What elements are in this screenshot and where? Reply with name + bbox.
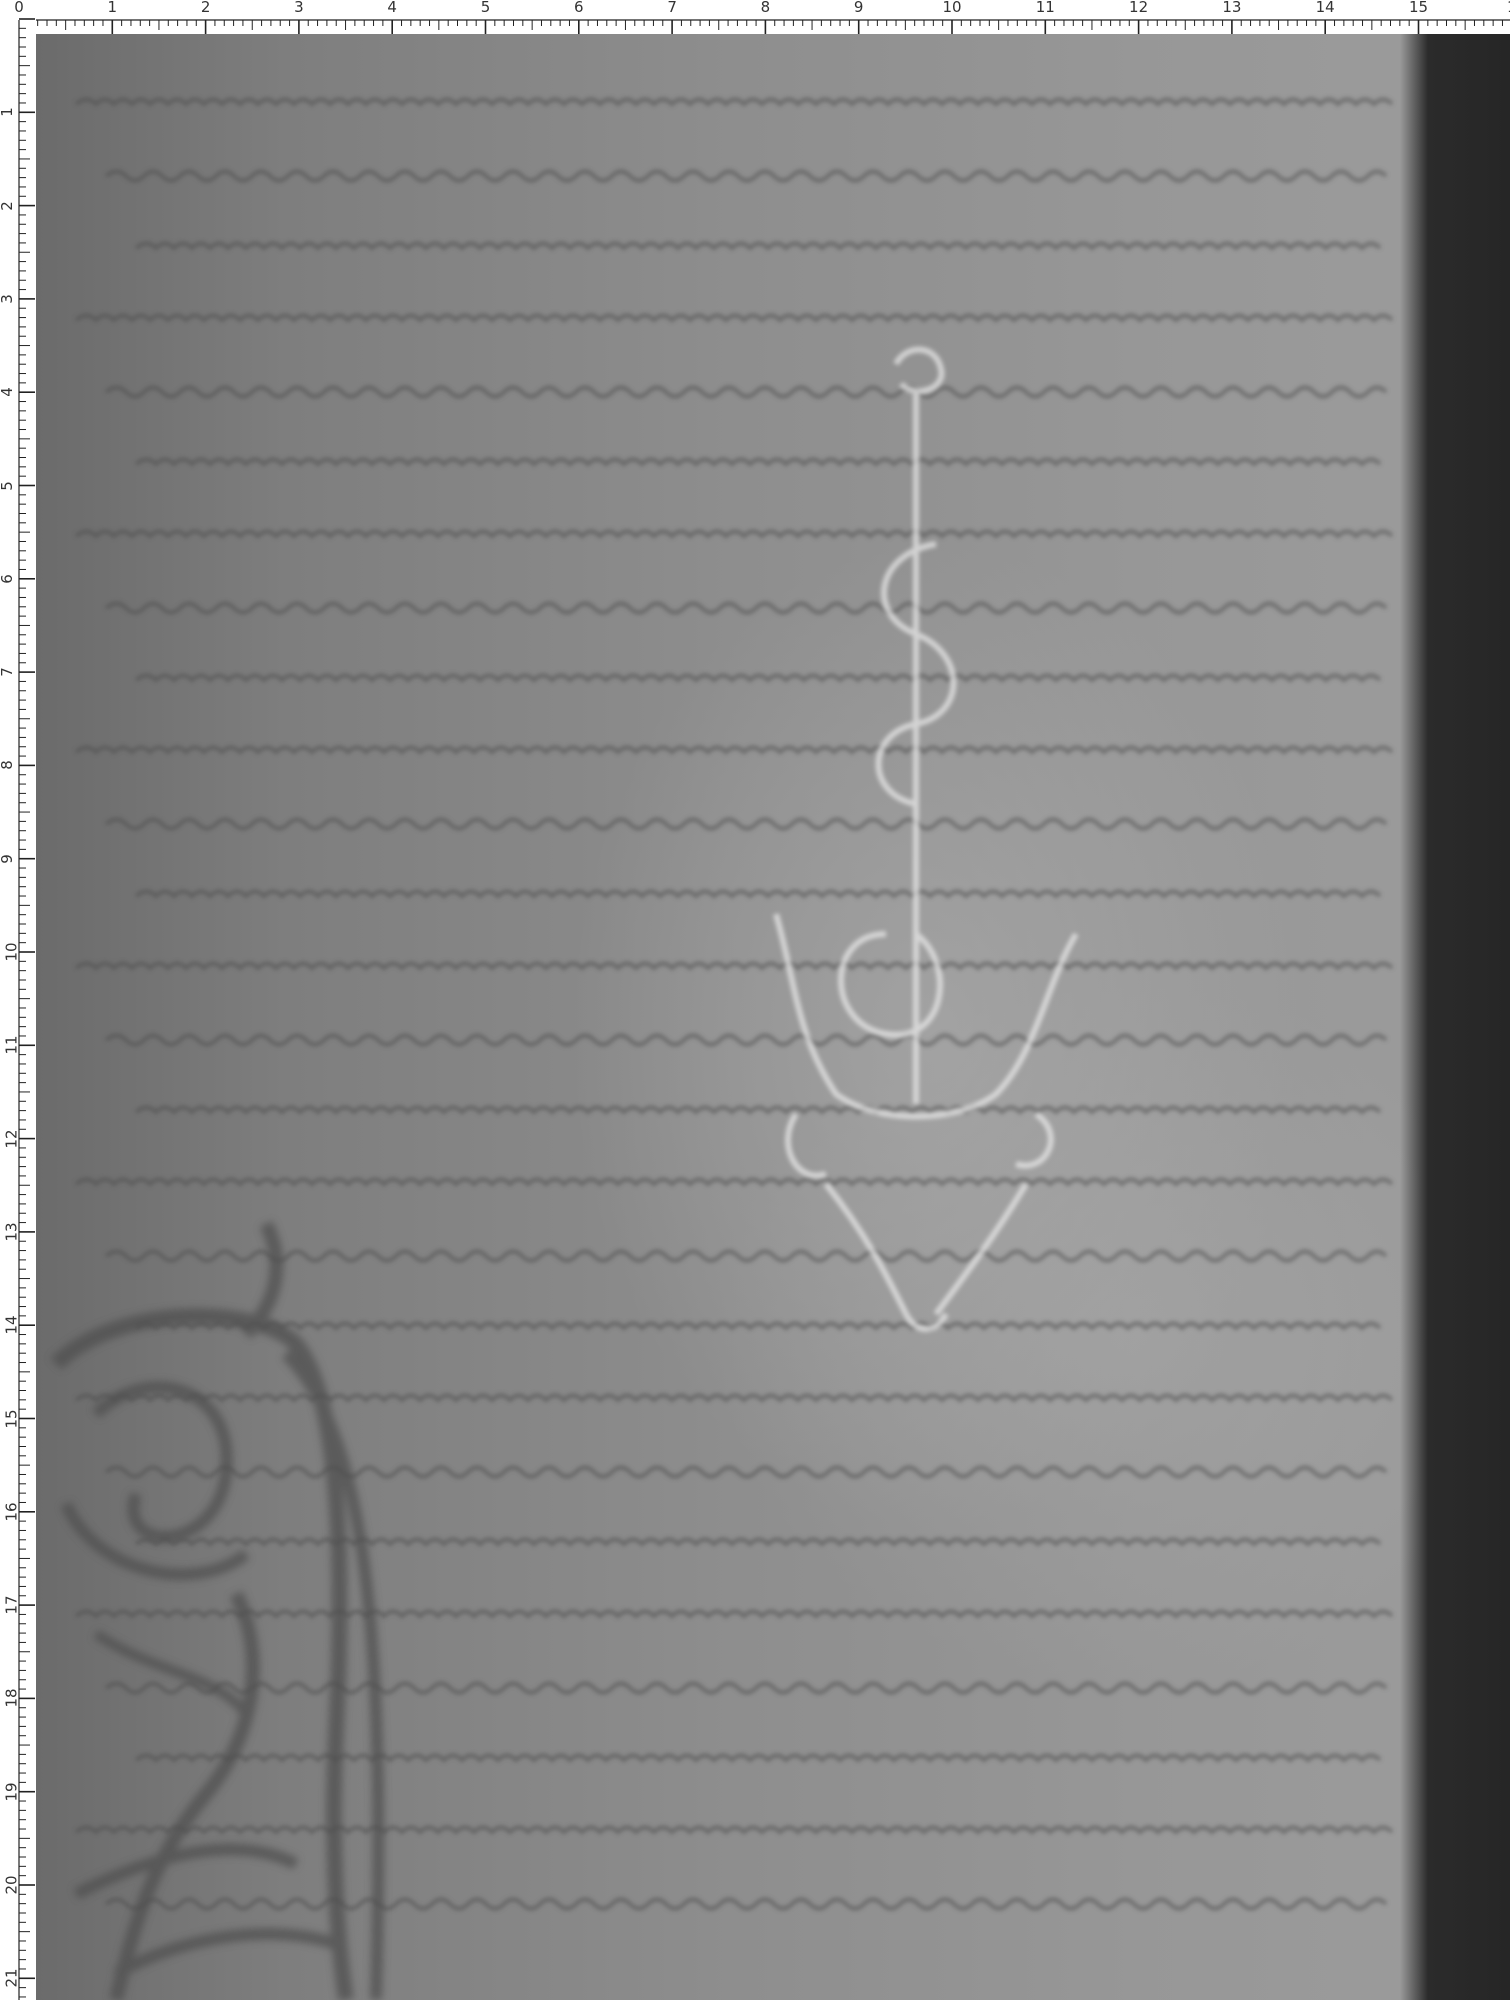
- left-ruler-label: 6: [0, 574, 15, 584]
- left-ruler-label: 10: [4, 942, 20, 961]
- handwriting-line: [136, 460, 1380, 465]
- handwriting-line: [106, 1684, 1386, 1693]
- top-ruler-label: 10: [942, 0, 961, 15]
- left-ruler-label: 5: [0, 481, 15, 491]
- left-ruler-label: 18: [4, 1689, 20, 1708]
- handwriting-line: [136, 1324, 1380, 1329]
- handwriting-line: [136, 892, 1380, 897]
- top-ruler-label: 15: [1409, 0, 1428, 15]
- handwriting-line: [106, 604, 1386, 613]
- handwriting-line: [76, 100, 1392, 105]
- handwriting-line: [76, 964, 1392, 969]
- handwriting-line: [136, 676, 1380, 681]
- handwriting-line: [106, 1900, 1386, 1909]
- left-ruler-label: 4: [0, 387, 15, 397]
- left-ruler-label: 21: [4, 1969, 20, 1988]
- top-ruler-label: 11: [1036, 0, 1055, 15]
- handwriting-line: [76, 1612, 1392, 1617]
- top-ruler-label: 6: [574, 0, 584, 15]
- left-ruler-label: 17: [4, 1596, 20, 1615]
- top-ruler-label: 0: [14, 0, 24, 15]
- left-ruler-label: 13: [4, 1222, 20, 1241]
- left-ruler-label: 3: [0, 294, 15, 304]
- top-ruler-ticks: [0, 0, 1510, 34]
- top-ruler-label: 14: [1316, 0, 1335, 15]
- left-ruler-label: 14: [4, 1316, 20, 1335]
- handwriting-line: [76, 1180, 1392, 1185]
- left-ruler-label: 2: [0, 201, 15, 211]
- handwriting-line: [76, 532, 1392, 537]
- manuscript-scan: [36, 34, 1510, 2000]
- handwriting-line: [76, 748, 1392, 753]
- top-ruler-label: 1: [108, 0, 118, 15]
- left-ruler-label: 16: [4, 1502, 20, 1521]
- handwriting-line: [106, 1468, 1386, 1477]
- top-ruler-label: 9: [854, 0, 864, 15]
- handwriting-line: [76, 1396, 1392, 1401]
- handwriting-layer: [36, 34, 1510, 2000]
- top-ruler-label: 8: [761, 0, 771, 15]
- handwriting-line: [106, 820, 1386, 829]
- handwriting-line: [136, 1108, 1380, 1113]
- handwriting-line: [106, 1252, 1386, 1261]
- top-ruler-label: 2: [201, 0, 211, 15]
- handwriting-line: [106, 1036, 1386, 1045]
- left-ruler-label: 7: [0, 667, 15, 677]
- handwriting-line: [136, 1756, 1380, 1761]
- handwriting-line: [136, 1540, 1380, 1545]
- top-ruler-label: 13: [1222, 0, 1241, 15]
- left-ruler-label: 15: [4, 1409, 20, 1428]
- left-ruler-label: 8: [0, 761, 15, 771]
- handwriting-line: [76, 1828, 1392, 1833]
- left-ruler-label: 11: [4, 1036, 20, 1055]
- top-ruler: [0, 0, 1510, 34]
- left-ruler-label: 12: [4, 1129, 20, 1148]
- left-ruler-label: 20: [4, 1875, 20, 1894]
- scanner-edge-shadow: [1400, 34, 1510, 2000]
- top-ruler-label: 7: [667, 0, 677, 15]
- handwriting-line: [76, 316, 1392, 321]
- left-ruler-label: 19: [4, 1782, 20, 1801]
- top-ruler-label: 3: [294, 0, 304, 15]
- handwriting-line: [106, 172, 1386, 181]
- handwriting-line: [136, 244, 1380, 249]
- handwriting-line: [106, 388, 1386, 397]
- top-ruler-label: 5: [481, 0, 491, 15]
- left-ruler-label: 9: [0, 854, 15, 864]
- top-ruler-label: 4: [387, 0, 397, 15]
- top-ruler-label: 12: [1129, 0, 1148, 15]
- left-ruler-label: 1: [0, 108, 15, 118]
